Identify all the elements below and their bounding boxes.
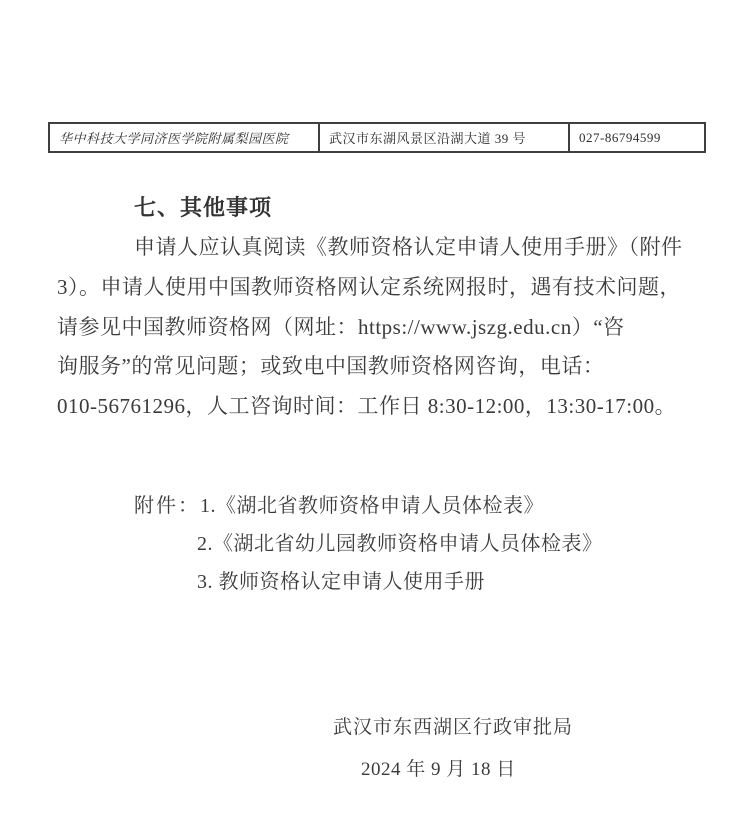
paragraph-line: 询服务”的常见问题；或致电中国教师资格网咨询，电话： <box>57 350 604 380</box>
attachment-item: 3. 教师资格认定申请人使用手册 <box>197 565 485 594</box>
table-cell-phone: 027-86794599 <box>570 124 704 151</box>
paragraph-line: 010-56761296，人工咨询时间：工作日 8:30-12:00，13:30… <box>57 390 676 420</box>
paragraph-line: 申请人应认真阅读《教师资格认定申请人使用手册》（附件 <box>134 231 683 261</box>
paragraph-line: 请参见中国教师资格网（网址：https://www.jszg.edu.cn）“咨 <box>57 311 625 341</box>
paragraph-line: 3）。申请人使用中国教师资格网认定系统网报时，遇有技术问题， <box>57 271 681 301</box>
issue-date: 2024 年 9 月 18 日 <box>361 754 516 781</box>
attachments-line: 附件：1.《湖北省教师资格申请人员体检表》 <box>134 489 544 518</box>
attachments-label: 附件： <box>134 495 200 517</box>
table-cell-institution-name: 华中科技大学同济医学院附属梨园医院 <box>50 124 320 151</box>
attachment-item: 1.《湖北省教师资格申请人员体检表》 <box>200 495 544 517</box>
document-page: 华中科技大学同济医学院附属梨园医院 武汉市东湖风景区沿湖大道 39 号 027-… <box>0 0 751 826</box>
section-heading: 七、其他事项 <box>134 191 272 222</box>
issuing-authority: 武汉市东西湖区行政审批局 <box>333 712 573 739</box>
table-cell-address: 武汉市东湖风景区沿湖大道 39 号 <box>320 124 570 151</box>
institution-info-table: 华中科技大学同济医学院附属梨园医院 武汉市东湖风景区沿湖大道 39 号 027-… <box>48 122 706 153</box>
attachment-item: 2.《湖北省幼儿园教师资格申请人员体检表》 <box>197 527 603 556</box>
